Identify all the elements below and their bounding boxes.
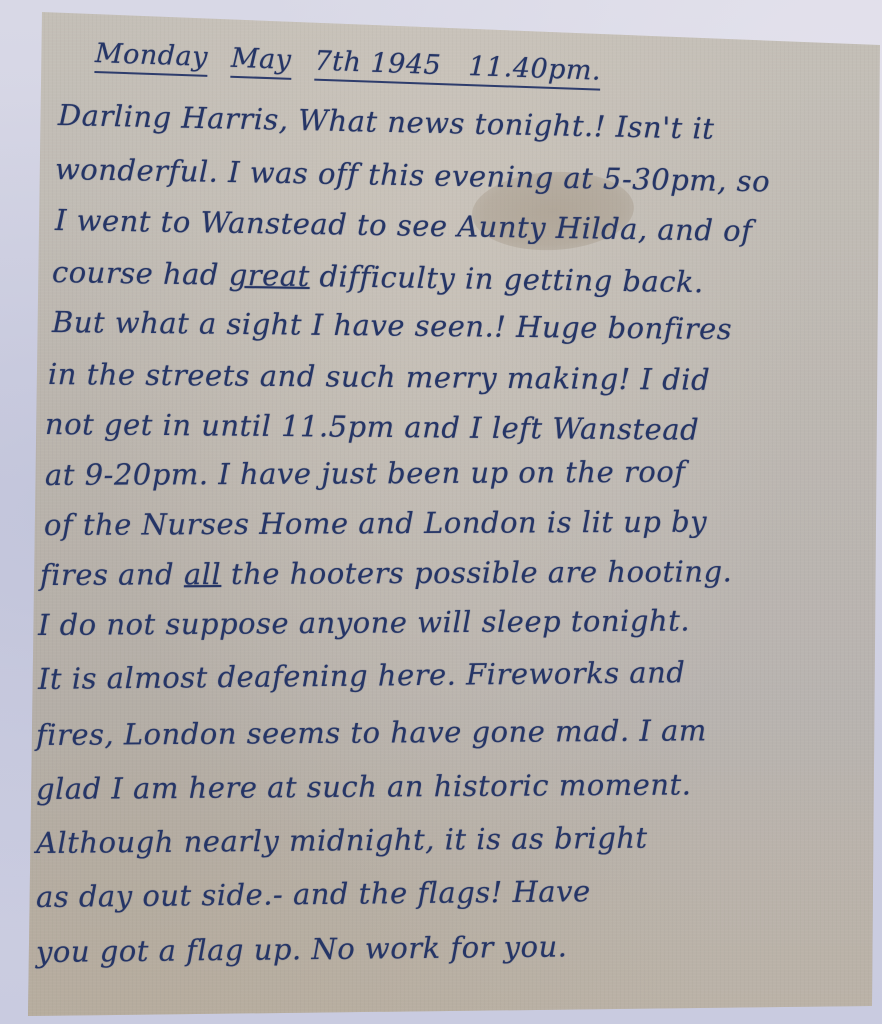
heading-date: 7th [314,46,362,79]
heading-time: 11.40pm. [468,51,602,87]
letter-line-8: at 9-20pm. I have just been up on the ro… [45,455,686,492]
underlined-word: great [228,258,310,293]
letter-line-12: It is almost deafening here. Fireworks a… [38,655,686,696]
letter-line-10: fires and all the hooters possible are h… [40,554,733,592]
underlined-word: all [184,557,222,591]
heading-month: May [230,43,292,80]
letter-paper: Monday May 7th 1945 11.40pm. Darling Har… [0,0,882,1024]
letter-line-13: fires, London seems to have gone mad. I … [36,713,707,752]
letter-line-7: not get in until 11.5pm and I left Wanst… [45,407,699,447]
letter-line-11: I do not suppose anyone will sleep tonig… [38,603,690,642]
letter-line-16: as day out side.- and the flags! Have [36,874,591,914]
heading-day: Monday [94,38,208,77]
letter-line-17: you got a flag up. No work for you. [36,929,568,969]
letter-line-9: of the Nurses Home and London is lit up … [44,505,707,542]
heading-year: 1945 [370,48,442,81]
letter-line-14: glad I am here at such an historic momen… [36,767,692,806]
letter-line-15: Although nearly midnight, it is as brigh… [36,821,648,860]
letter-line-6: in the streets and such merry making! I … [48,357,710,397]
letter-line-5: But what a sight I have seen.! Huge bonf… [52,305,733,346]
